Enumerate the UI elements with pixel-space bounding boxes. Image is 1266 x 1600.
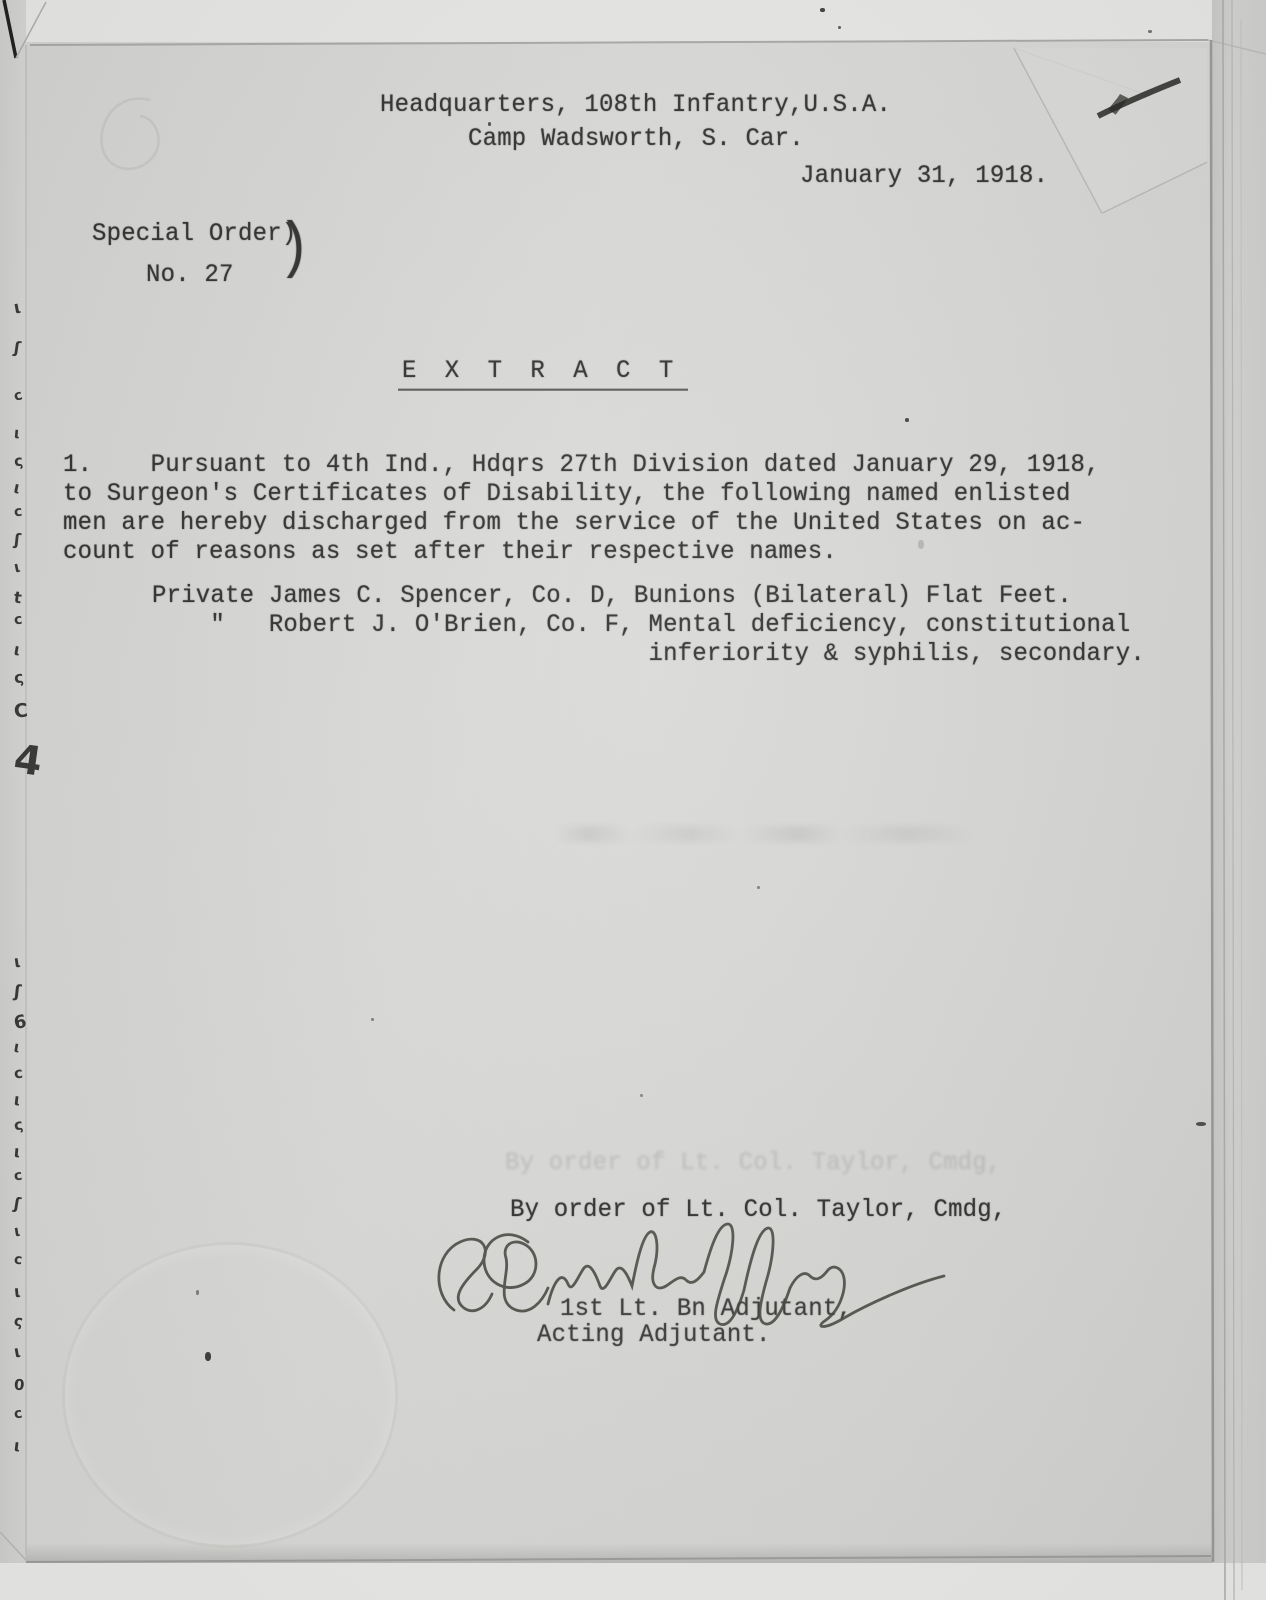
- underlying-pages-edge: [1212, 0, 1266, 1600]
- paragraph-line: to Surgeon's Certificates of Disability,…: [63, 480, 1071, 510]
- ink-speck: [205, 1352, 211, 1361]
- binding-mark: c: [13, 504, 23, 521]
- ink-speck: [820, 8, 825, 12]
- header-line1: Headquarters, 108th Infantry,U.S.A.: [380, 91, 891, 121]
- scan-left-gutter: [0, 0, 26, 1600]
- discharge-line: inferiority & syphilis, secondary.: [152, 640, 1145, 670]
- order-brace: ): [278, 234, 311, 267]
- bleed-through-smudge: [555, 826, 975, 842]
- binding-mark: c: [13, 1252, 23, 1269]
- header-date: January 31, 1918.: [800, 162, 1048, 192]
- extract-heading: E X T R A C T: [398, 357, 688, 387]
- paragraph-line: men are hereby discharged from the servi…: [63, 509, 1085, 539]
- paragraph-line: count of reasons as set after their resp…: [63, 538, 837, 568]
- signature-surname: [548, 1224, 944, 1327]
- order-number: No. 27: [146, 261, 234, 291]
- extract-title-underlined: E X T R A C T: [398, 357, 688, 390]
- embossed-seal: [62, 1242, 398, 1548]
- binding-mark: c: [13, 1064, 24, 1083]
- discharge-line: Private James C. Spencer, Co. D, Bunions…: [152, 582, 1072, 612]
- signature-initial-loop: [484, 1235, 548, 1311]
- scan-bottom-strip: [0, 1563, 1266, 1600]
- binding-mark: c: [13, 1168, 23, 1185]
- ink-speck: [1148, 30, 1152, 33]
- ghost-order-line: By order of Lt. Col. Taylor, Cmdg,: [505, 1149, 1001, 1179]
- ink-speck: [640, 1094, 643, 1097]
- ink-speck: [918, 540, 924, 549]
- ink-speck: [488, 122, 491, 126]
- ink-speck: [838, 26, 841, 29]
- binding-mark: C: [13, 700, 28, 723]
- binding-mark: 0: [13, 1376, 25, 1395]
- binding-mark: c: [13, 612, 23, 629]
- header-line2: Camp Wadsworth, S. Car.: [468, 125, 804, 155]
- paragraph-line: 1. Pursuant to 4th Ind., Hdqrs 27th Divi…: [63, 451, 1100, 481]
- ink-speck: [1196, 1122, 1206, 1126]
- document-scan: Headquarters, 108th Infantry,U.S.A. Camp…: [0, 0, 1266, 1600]
- ink-speck: [371, 1018, 374, 1021]
- signature-mahaffey: [420, 1218, 980, 1336]
- ink-speck: [196, 1290, 199, 1295]
- signature-initial-e: [439, 1239, 492, 1311]
- order-label: Special Order): [92, 220, 296, 250]
- discharge-line: " Robert J. O'Brien, Co. F, Mental defic…: [152, 611, 1130, 641]
- ink-speck: [757, 886, 760, 889]
- ink-speck: [905, 418, 909, 422]
